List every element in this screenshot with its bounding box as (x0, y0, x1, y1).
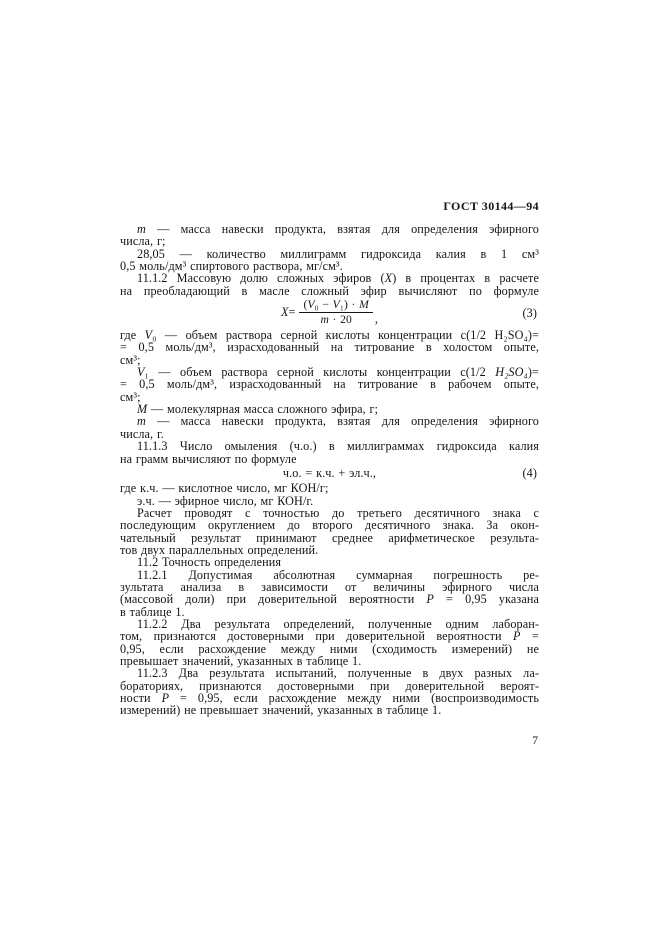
variable: V (307, 298, 314, 311)
fraction: (V₀ − V₁) · Mm · 20 (299, 299, 372, 326)
formula-4: ч.о. = к.ч. + эл.ч.,(4) (120, 467, 539, 479)
formula-3: X = (V₀ − V₁) · Mm · 20,(3) (120, 299, 539, 326)
text-segment: — масса навески продукта, взятая для опр… (146, 414, 539, 428)
fraction-denominator: m · 20 (320, 313, 351, 326)
variable: P (426, 592, 434, 606)
text-line: = 0,5 моль/дм³, израсходованный на титро… (120, 378, 539, 390)
text-line: на грамм вычисляют по формуле (120, 453, 539, 465)
variable: V (333, 298, 340, 311)
text-line: на преобладающий в масле сложный эфир вы… (120, 285, 539, 297)
text-block: m — масса навески продукта, взятая для о… (120, 223, 539, 717)
variable: X (281, 306, 289, 318)
document-page: ГОСТ 30144—94 m — масса навески продукта… (0, 0, 661, 935)
text-segment: ч.о. = к.ч. + эл.ч., (283, 467, 376, 479)
text-segment: на преобладающий в масле сложный эфир вы… (120, 284, 539, 298)
formula-tail: , (375, 313, 378, 326)
text-segment: = 0,95 указана (434, 592, 539, 606)
text-segment: измерений) не превышает значений, указан… (120, 703, 441, 717)
equation-number: (3) (522, 306, 537, 318)
text-segment: на грамм вычисляют по формуле (120, 452, 297, 466)
text-line: m — масса навески продукта, взятая для о… (120, 415, 539, 427)
page-number: 7 (121, 735, 538, 747)
text-segment: — масса навески продукта, взятая для опр… (146, 222, 539, 236)
text-line: = 0,5 моль/дм³, израсходованный на титро… (120, 341, 539, 353)
text-segment: − (319, 298, 333, 311)
text-segment: · 20 (329, 313, 352, 326)
text-segment: = 0,5 моль/дм³, израсходованный на титро… (120, 377, 539, 391)
text-segment: = (289, 306, 296, 318)
gost-standard-header: ГОСТ 30144—94 (121, 199, 539, 214)
text-line: измерений) не превышает значений, указан… (120, 704, 539, 716)
formula-body: ч.о. = к.ч. + эл.ч., (283, 467, 376, 479)
formula-body: X = (V₀ − V₁) · Mm · 20, (281, 299, 378, 326)
text-segment: = 0,5 моль/дм³, израсходованный на титро… (120, 340, 539, 354)
text-segment: ) · (344, 298, 359, 311)
text-line: m — масса навески продукта, взятая для о… (120, 223, 539, 235)
variable: m (320, 313, 328, 326)
fraction-numerator: (V₀ − V₁) · M (299, 299, 372, 313)
equation-number: (4) (522, 467, 537, 479)
variable: M (359, 298, 369, 311)
